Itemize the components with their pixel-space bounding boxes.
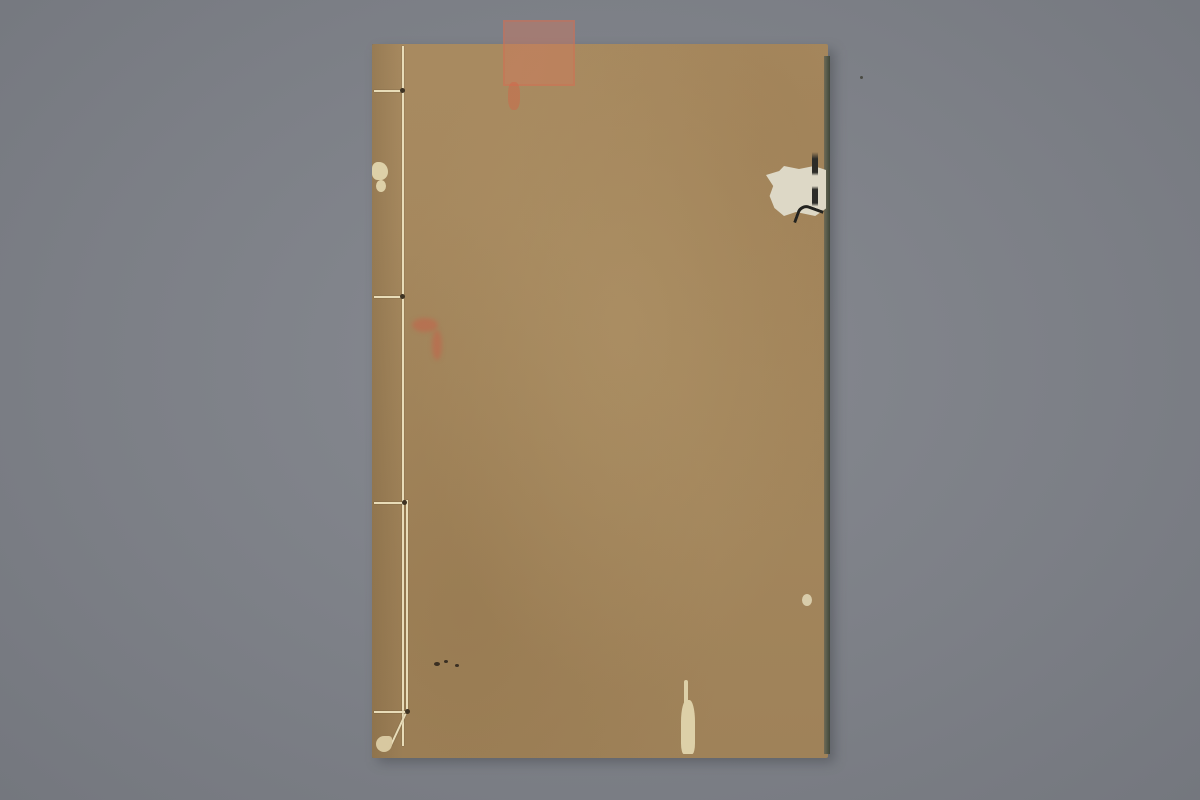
ink-speck xyxy=(455,664,459,667)
page-edge xyxy=(824,56,830,754)
binding-thread-bottom xyxy=(374,711,408,713)
book-spine xyxy=(372,44,402,758)
seal-smudge xyxy=(508,82,520,110)
binding-thread-lower xyxy=(406,500,408,710)
red-seal-stamp xyxy=(503,20,575,86)
bottom-paper-tear-top xyxy=(684,680,688,704)
edge-wear-spot xyxy=(802,594,812,606)
red-stain-drip xyxy=(432,330,442,360)
stitch-hole-2 xyxy=(400,294,405,299)
red-stain xyxy=(412,318,438,332)
stitch-hole-4 xyxy=(405,709,410,714)
ink-speck xyxy=(444,660,448,663)
binding-thread-vertical xyxy=(402,46,404,746)
stitch-hole-1 xyxy=(400,88,405,93)
corner-wear xyxy=(376,736,392,752)
book-cover xyxy=(372,44,828,758)
bottom-paper-tear xyxy=(681,700,695,754)
stitch-hole-3 xyxy=(402,500,407,505)
spine-paper-tear xyxy=(372,162,388,180)
ink-speck xyxy=(434,662,440,666)
spine-paper-tear-2 xyxy=(376,180,386,192)
ink-speck xyxy=(860,76,863,79)
